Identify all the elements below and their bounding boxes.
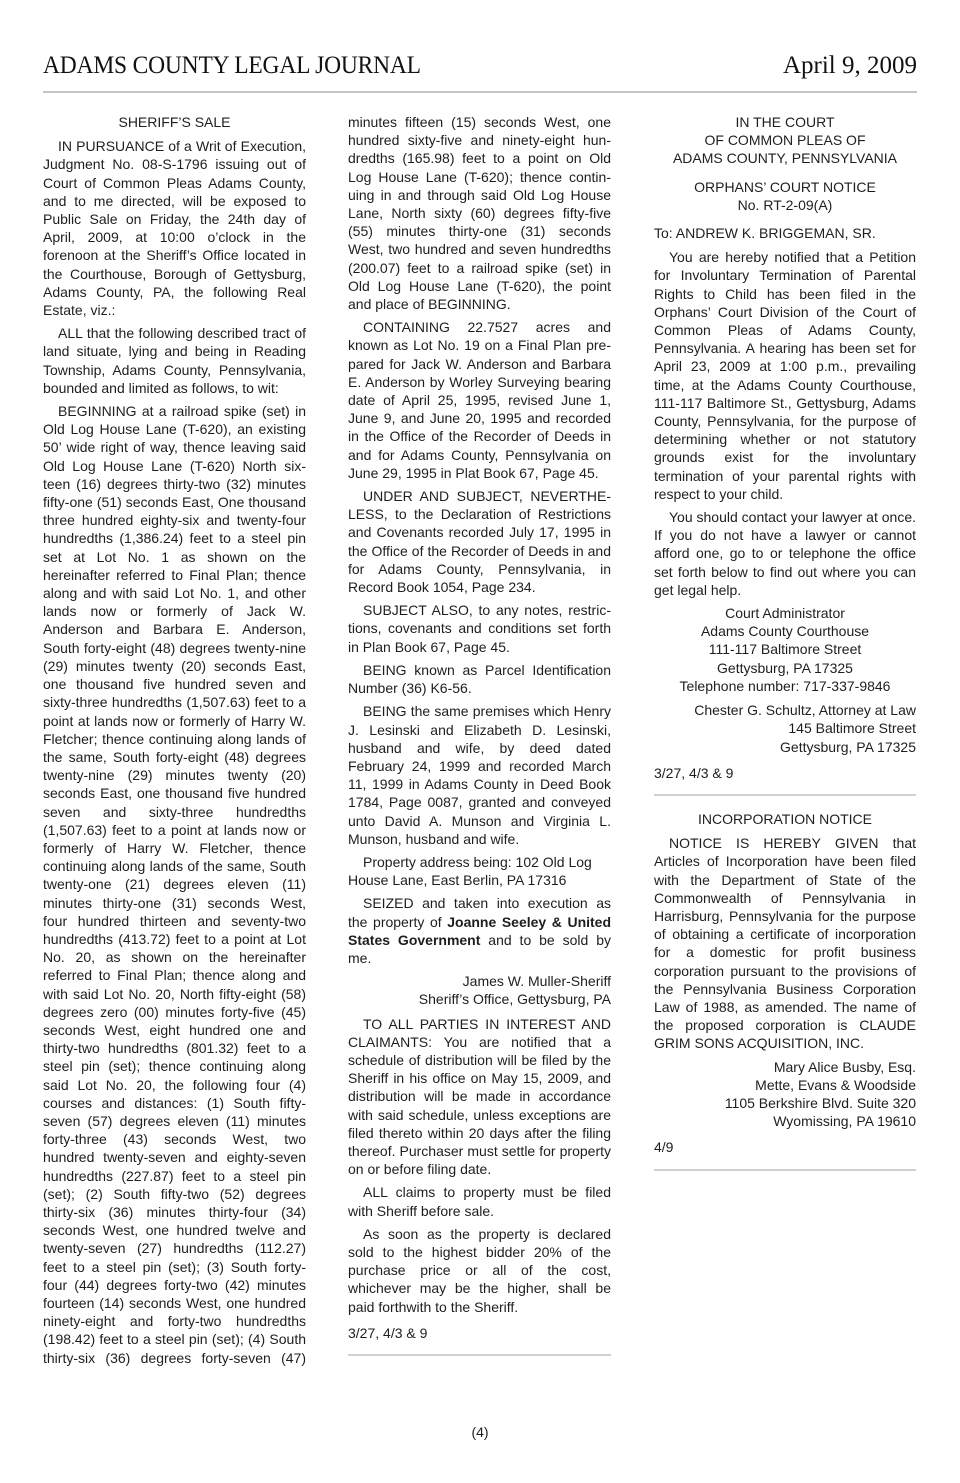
- journal-title: ADAMS COUNTY LEGAL JOURNAL: [43, 52, 421, 80]
- header-divider: [43, 91, 917, 93]
- page-header: ADAMS COUNTY LEGAL JOURNAL April 9, 2009: [43, 52, 917, 92]
- sheriffs-sale-paragraph: ALL claims to property must be filed wit…: [348, 1183, 611, 1219]
- run-dates: 3/27, 4/3 & 9: [348, 1324, 611, 1342]
- incorporation-attorney-signature: Mary Alice Busby, Esq. Mette, Evans & Wo…: [654, 1058, 916, 1131]
- seized-paragraph: SEIZED and taken into execution as the p…: [348, 894, 611, 967]
- sheriffs-sale-paragraph: IN PURSUANCE of a Writ of Execu­tion, Ju…: [43, 137, 306, 319]
- incorporation-notice-paragraph: NOTICE IS HEREBY GIVEN that Articles of …: [654, 834, 916, 1052]
- sheriffs-sale-paragraph: BEING the same premises which Henry J. L…: [348, 702, 611, 848]
- sheriffs-sale-heading: SHERIFF’S SALE: [43, 113, 306, 131]
- section-divider: [348, 1354, 611, 1356]
- attorney-signature: Chester G. Schultz, Attorney at Law 145 …: [654, 701, 916, 756]
- sheriffs-sale-paragraph: ALL that the following described tract o…: [43, 324, 306, 397]
- sheriffs-sale-paragraph: TO ALL PARTIES IN INTEREST AND CLAIMANTS…: [348, 1015, 611, 1179]
- section-divider: [654, 1169, 916, 1171]
- orphans-notice-paragraph: You should contact your lawyer at once. …: [654, 508, 916, 599]
- column-left: SHERIFF’S SALE IN PURSUANCE of a Writ of…: [43, 113, 306, 1372]
- orphans-notice-paragraph: You are hereby notified that a Petition …: [654, 248, 916, 503]
- orphans-court-title: ORPHANS’ COURT NOTICE No. RT-2-09(A): [654, 178, 916, 214]
- run-dates: 3/27, 4/3 & 9: [654, 764, 916, 782]
- property-address-paragraph: Property address being: 102 Old Log Hous…: [348, 853, 611, 889]
- run-dates: 4/9: [654, 1138, 916, 1156]
- sheriffs-sale-paragraph: As soon as the property is declared sold…: [348, 1225, 611, 1316]
- issue-date: April 9, 2009: [783, 52, 917, 80]
- sheriffs-sale-paragraph: BEING known as Parcel Identification Num…: [348, 661, 611, 697]
- sheriffs-sale-paragraph: UNDER AND SUBJECT, NEVERTHE­LESS, to the…: [348, 487, 611, 596]
- column-middle: minutes fifteen (15) seconds West, one h…: [348, 113, 611, 1356]
- section-divider: [654, 794, 916, 796]
- legal-description-paragraph: BEGINNING at a railroad spike (set) in O…: [43, 402, 306, 1367]
- sheriffs-sale-paragraph: CONTAINING 22.7527 acres and known as Lo…: [348, 318, 611, 482]
- legal-description-continuation: minutes fifteen (15) seconds West, one h…: [348, 113, 611, 313]
- court-administrator-address: Court Administrator Adams County Courtho…: [654, 604, 916, 695]
- incorporation-notice-heading: INCORPORATION NOTICE: [654, 810, 916, 828]
- sheriffs-sale-paragraph: SUBJECT ALSO, to any notes, restric­tion…: [348, 601, 611, 656]
- sheriff-signature: James W. Muller-Sheriff Sheriff’s Office…: [348, 972, 611, 1008]
- column-right: IN THE COURT OF COMMON PLEAS OF ADAMS CO…: [654, 113, 916, 1185]
- telephone-number: Telephone number: 717-337-9846: [654, 677, 916, 695]
- addressee: To: ANDREW K. BRIGGEMAN, SR.: [654, 224, 916, 242]
- court-heading: IN THE COURT OF COMMON PLEAS OF ADAMS CO…: [654, 113, 916, 168]
- case-number: No. RT-2-09(A): [654, 196, 916, 214]
- page-number: (4): [0, 1424, 960, 1440]
